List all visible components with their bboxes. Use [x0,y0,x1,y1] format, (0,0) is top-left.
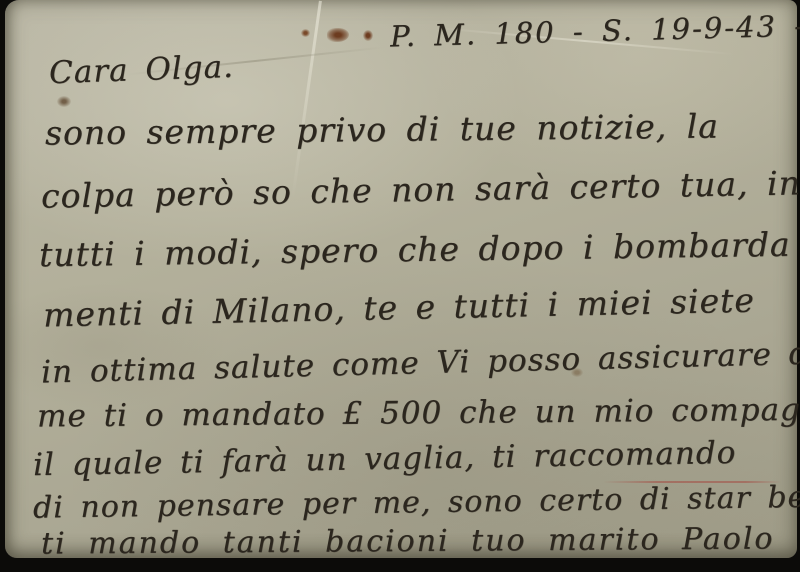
postcard: P. M. 180 - S. 19-9-43 - Cara Olga. sono… [5,0,797,558]
salutation-line: Cara Olga. [48,49,234,91]
rust-stain [327,28,349,42]
postmark-date-line: P. M. 180 - S. 19-9-43 - [390,9,800,54]
body-line-1: sono sempre privo di tue notizie, la [45,106,719,152]
scan-background: P. M. 180 - S. 19-9-43 - Cara Olga. sono… [0,0,800,572]
body-line-4: menti di Milano, te e tutti i miei siete [43,281,756,335]
body-line-2: colpa però so che non sarà certo tua, in [41,163,800,215]
rust-stain [301,29,310,37]
body-line-5: in ottima salute come Vi posso assicurar… [41,335,800,390]
body-line-9-signature: ti mando tanti bacioni tuo marito Paolo [41,521,775,561]
paper-crease [291,1,322,199]
ink-smudge [57,96,71,107]
body-line-8: di non pensare per me, sono certo di sta… [33,479,800,525]
body-line-6: me ti o mandato £ 500 che un mio compagn… [37,391,800,434]
body-line-7: il quale ti farà un vaglia, ti raccomand… [33,435,737,483]
rust-stain [363,30,373,41]
body-line-3: tutti i modi, spero che dopo i bombarda [39,225,791,274]
